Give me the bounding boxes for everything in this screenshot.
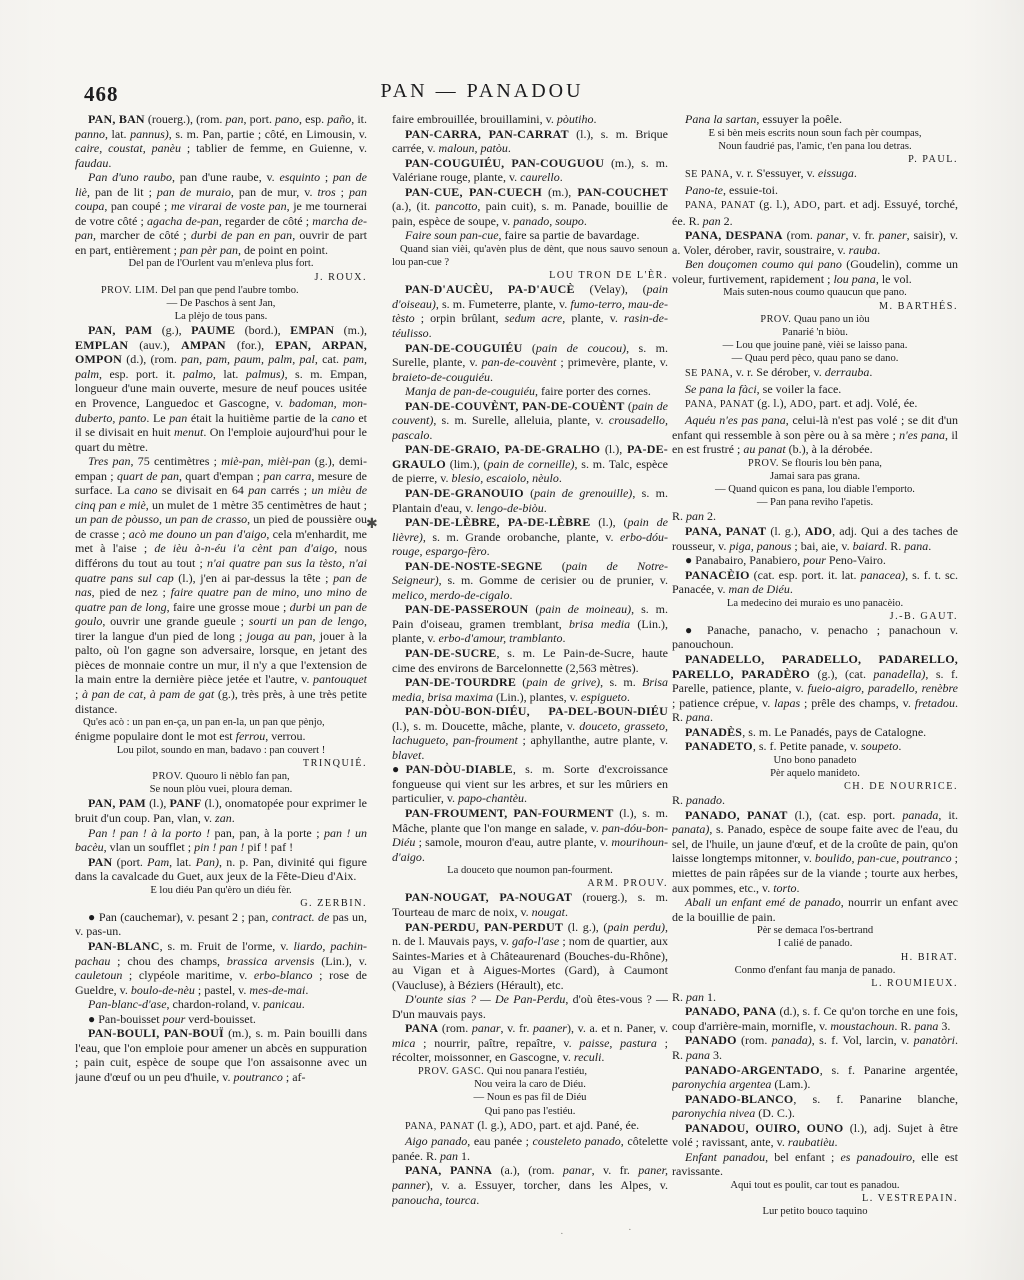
entry-paragraph: PANA, PANAT (l. g.), ADO, part. et ajd. … <box>392 1118 668 1135</box>
entry-paragraph: R. panado. <box>672 793 958 808</box>
running-header: PAN — PANADOU <box>0 80 964 103</box>
entry-paragraph: PAN-DE-SUCRE, s. m. Le Pain-de-Sucre, ha… <box>392 646 668 675</box>
entry-paragraph: Tres pan, 75 centimètres ; miè-pan, mièi… <box>75 454 367 716</box>
entry-paragraph: ● Panache, panacho, v. penacho ; panacho… <box>672 623 958 652</box>
attribution: M. BARTHÉS. <box>672 300 958 313</box>
entry-paragraph: PAN-DE-LÈBRE, PA-DE-LÈBRE (l.), (pain de… <box>392 515 668 559</box>
entry-paragraph: PANADO, PANAT (l.), (cat. esp. port. pan… <box>672 808 958 895</box>
entry-paragraph: PAN-DE-GRANOUIO (pain de grenouille), s.… <box>392 486 668 515</box>
entry-paragraph: PAN-BLANC, s. m. Fruit de l'orme, v. lia… <box>75 939 367 997</box>
entry-paragraph: R. pan 2. <box>672 509 958 524</box>
scan-speck: · <box>628 1224 632 1236</box>
example-paragraph: Qu'es acò : un pan en-ça, un pan en-la, … <box>75 716 367 729</box>
verse-quote: PROV. Quouro li nèblo fan pan, Se noun p… <box>75 770 367 796</box>
entry-paragraph: PAN-DE-NOSTE-SEGNE (pain de Notre-Seigne… <box>392 559 668 603</box>
entry-paragraph: Pan ! pan ! à la porto ! pan, pan, à la … <box>75 826 367 855</box>
entry-paragraph: PANADO-BLANCO, s. f. Panarine blanche, p… <box>672 1092 958 1121</box>
scanned-dictionary-page: 468 PAN — PANADOU PAN, BAN (rouerg.), (r… <box>0 0 1024 1280</box>
entry-paragraph: Pan-blanc-d'ase, chardon-roland, v. pani… <box>75 997 367 1012</box>
entry-paragraph: SE PANA, v. r. S'essuyer, v. eissuga. <box>672 166 958 183</box>
attribution: J.-B. GAUT. <box>672 610 958 623</box>
verse-quote: — De Paschos à sent Jan, La plèjo de tou… <box>75 297 367 323</box>
entry-paragraph: Pana la sartan, essuyer la poêle. <box>672 112 958 127</box>
attribution: J. ROUX. <box>75 271 367 284</box>
entry-paragraph: PAN-DE-TOURDRE (pain de grive), s. m. Br… <box>392 675 668 704</box>
entry-paragraph: Se pana la fàci, se voiler la face. <box>672 382 958 397</box>
entry-paragraph: PANADETO, s. f. Petite panade, v. soupet… <box>672 739 958 754</box>
entry-paragraph: Aigo panado, eau panée ; cousteleto pana… <box>392 1134 668 1163</box>
verse-quote: Aqui tout es poulit, car tout es panadou… <box>672 1179 958 1192</box>
attribution: LOU TRON DE L'ÈR. <box>392 269 668 282</box>
attribution: L. VESTREPAIN. <box>672 1192 958 1205</box>
entry-paragraph: PAN-DE-PASSEROUN (pain de moineau), s. m… <box>392 602 668 646</box>
attribution: G. ZERBIN. <box>75 897 367 910</box>
entry-paragraph: R. pan 1. <box>672 990 958 1005</box>
entry-paragraph: PANA, PANAT (g. l.), ADO, part. et adj. … <box>672 197 958 228</box>
entry-paragraph: PANADO, PANA (d.), s. f. Ce qu'on torche… <box>672 1004 958 1033</box>
handwritten-asterisk-mark: ✱ <box>366 516 378 533</box>
entry-paragraph: PAN-CARRA, PAN-CARRAT (l.), s. m. Brique… <box>392 127 668 156</box>
verse-quote: E lou diéu Pan qu'èro un diéu fèr. <box>75 884 367 897</box>
verse-quote: — Lou que jouine panè, vièi se laisso pa… <box>672 339 958 365</box>
entry-paragraph: PANACÈIO (cat. esp. port. it. lat. panac… <box>672 568 958 597</box>
attribution: CH. DE NOURRICE. <box>672 780 958 793</box>
entry-paragraph: PAN (port. Pam, lat. Pan), n. p. Pan, di… <box>75 855 367 884</box>
entry-paragraph: Aquéu n'es pas pana, celui-là n'est pas … <box>672 413 958 457</box>
entry-paragraph: SE PANA, v. r. Se dérober, v. derrauba. <box>672 365 958 382</box>
verse-quote: Nou veira la caro de Diéu. — Noun es pas… <box>392 1078 668 1118</box>
verse-quote: Pèr se demaca l'os-bertrand I calié de p… <box>672 924 958 950</box>
entry-paragraph: PAN-D'AUCÈU, PA-D'AUCÈ (Velay), (pain d'… <box>392 282 668 340</box>
verse-quote: Mais suten-nous coumo quaucun que pano. <box>672 286 958 299</box>
entry-paragraph: PANA, PANNA (a.), (rom. panar, v. fr. pa… <box>392 1163 668 1207</box>
proverb-line: PROV. GASC. Qui nou panara l'estiéu, <box>392 1065 668 1078</box>
entry-paragraph: PANADO (rom. panada), s. f. Vol, larcin,… <box>672 1033 958 1062</box>
entry-paragraph: ●PAN-DÒU-DIABLE, s. m. Sorte d'excroissa… <box>392 762 668 806</box>
entry-paragraph: énigme populaire dont le mot est ferrou,… <box>75 729 367 744</box>
entry-paragraph: PANADÈS, s. m. Le Panadés, pays de Catal… <box>672 725 958 740</box>
attribution: P. PAUL. <box>672 153 958 166</box>
proverb-line: PROV. LIM. Del pan que pend l'aubre tomb… <box>75 284 367 297</box>
entry-paragraph: PAN-NOUGAT, PA-NOUGAT (rouerg.), s. m. T… <box>392 890 668 919</box>
entry-paragraph: PAN-CUE, PAN-CUECH (m.), PAN-COUCHET (a.… <box>392 185 668 229</box>
entry-paragraph: Pan d'uno raubo, pan d'une raube, v. esq… <box>75 170 367 257</box>
verse-quote: PROV. Se flouris lou bèn pana, Jamai sar… <box>672 457 958 483</box>
verse-quote: PROV. Quau pano un iòu Panarié 'n biòu. <box>672 313 958 339</box>
entry-paragraph: ● Pan-bouisset pour verd-bouisset. <box>75 1012 367 1027</box>
entry-paragraph: PAN-DE-COUVÈNT, PAN-DE-COUÈNT (pain de c… <box>392 399 668 443</box>
scan-speck: · <box>560 1228 564 1240</box>
verse-quote: — Quand quicon es pana, lou diable l'emp… <box>672 483 958 509</box>
entry-paragraph: PAN-BOULI, PAN-BOUÏ (m.), s. m. Pain bou… <box>75 1026 367 1084</box>
entry-paragraph: PAN-COUGUIÉU, PAN-COUGUOU (m.), s. m. Va… <box>392 156 668 185</box>
entry-paragraph: PAN, PAM (g.), PAUME (bord.), EMPAN (m.)… <box>75 323 367 454</box>
entry-paragraph: faire embrouillée, brouillamini, v. pòut… <box>392 112 668 127</box>
entry-paragraph: Faire soun pan-cue, faire sa partie de b… <box>392 228 668 243</box>
entry-paragraph: PANA (rom. panar, v. fr. paaner), v. a. … <box>392 1021 668 1065</box>
verse-quote: Conmo d'enfant fau manja de panado. <box>672 964 958 977</box>
attribution: ARM. PROUV. <box>392 877 668 890</box>
entry-paragraph: Abali un enfant emé de panado, nourrir u… <box>672 895 958 924</box>
verse-quote: E si bèn meis escrits noun soun fach pèr… <box>672 127 958 153</box>
attribution: TRINQUIÉ. <box>75 757 367 770</box>
entry-paragraph: ● Panabairo, Panabiero, pour Peno-Vairo. <box>672 553 958 568</box>
verse-quote: Lur petito bouco taquino <box>672 1205 958 1218</box>
entry-paragraph: PANA, PANAT (l. g.), ADO, adj. Qui a des… <box>672 524 958 553</box>
entry-paragraph: ● Pan (cauchemar), v. pesant 2 ; pan, co… <box>75 910 367 939</box>
entry-paragraph: PANA, DESPANA (rom. panar, v. fr. paner,… <box>672 228 958 257</box>
entry-paragraph: PAN-DE-COUGUIÉU (pain de coucou), s. m. … <box>392 341 668 385</box>
entry-paragraph: PAN, BAN (rouerg.), (rom. pan, port. pan… <box>75 112 367 170</box>
entry-paragraph: PAN-PERDU, PAN-PERDUT (l. g.), (pain per… <box>392 920 668 993</box>
text-column-center: faire embrouillée, brouillamini, v. pòut… <box>392 112 668 1207</box>
verse-quote: La douceto que noumon pan-fourment. <box>392 864 668 877</box>
entry-paragraph: PANADOU, OUIRO, OUNO (l.), adj. Sujet à … <box>672 1121 958 1150</box>
entry-paragraph: PANADELLO, PARADELLO, PADARELLO, PARELLO… <box>672 652 958 725</box>
entry-paragraph: Manja de pan-de-couguiéu, faire porter d… <box>392 384 668 399</box>
entry-paragraph: PANADO-ARGENTADO, s. f. Panarine argenté… <box>672 1063 958 1092</box>
text-column-left: PAN, BAN (rouerg.), (rom. pan, port. pan… <box>75 112 367 1084</box>
entry-paragraph: Pano-te, essuie-toi. <box>672 183 958 198</box>
text-column-right: Pana la sartan, essuyer la poêle.E si bè… <box>672 112 958 1218</box>
verse-quote: Lou pilot, soundo en man, badavo : pan c… <box>75 744 367 757</box>
attribution: L. ROUMIEUX. <box>672 977 958 990</box>
entry-paragraph: Enfant panadou, bel enfant ; es panadoui… <box>672 1150 958 1179</box>
entry-paragraph: PAN-FROUMENT, PAN-FOURMENT (l.), s. m. M… <box>392 806 668 864</box>
attribution: H. BIRAT. <box>672 951 958 964</box>
example-paragraph: Quand sian vièi, qu'avèn plus de dènt, q… <box>392 243 668 269</box>
entry-paragraph: PANA, PANAT (g. l.), ADO, part. et adj. … <box>672 396 958 413</box>
entry-paragraph: D'ounte sias ? — De Pan-Perdu, d'où êtes… <box>392 992 668 1021</box>
entry-paragraph: PAN-DE-GRAIO, PA-DE-GRALHO (l.), PA-DE-G… <box>392 442 668 486</box>
entry-paragraph: PAN-DÒU-BON-DIÉU, PA-DEL-BOUN-DIÉU (l.),… <box>392 704 668 762</box>
verse-quote: Uno bono panadeto Pèr aquelo manideto. <box>672 754 958 780</box>
entry-paragraph: Ben douçomen coumo qui pano (Goudelin), … <box>672 257 958 286</box>
entry-paragraph: PAN, PAM (l.), PANF (l.), onomatopée pou… <box>75 796 367 825</box>
verse-quote: La medecino dei muraio es uno panacèio. <box>672 597 958 610</box>
verse-quote: Del pan de l'Ourlent vau m'enleva plus f… <box>75 257 367 270</box>
